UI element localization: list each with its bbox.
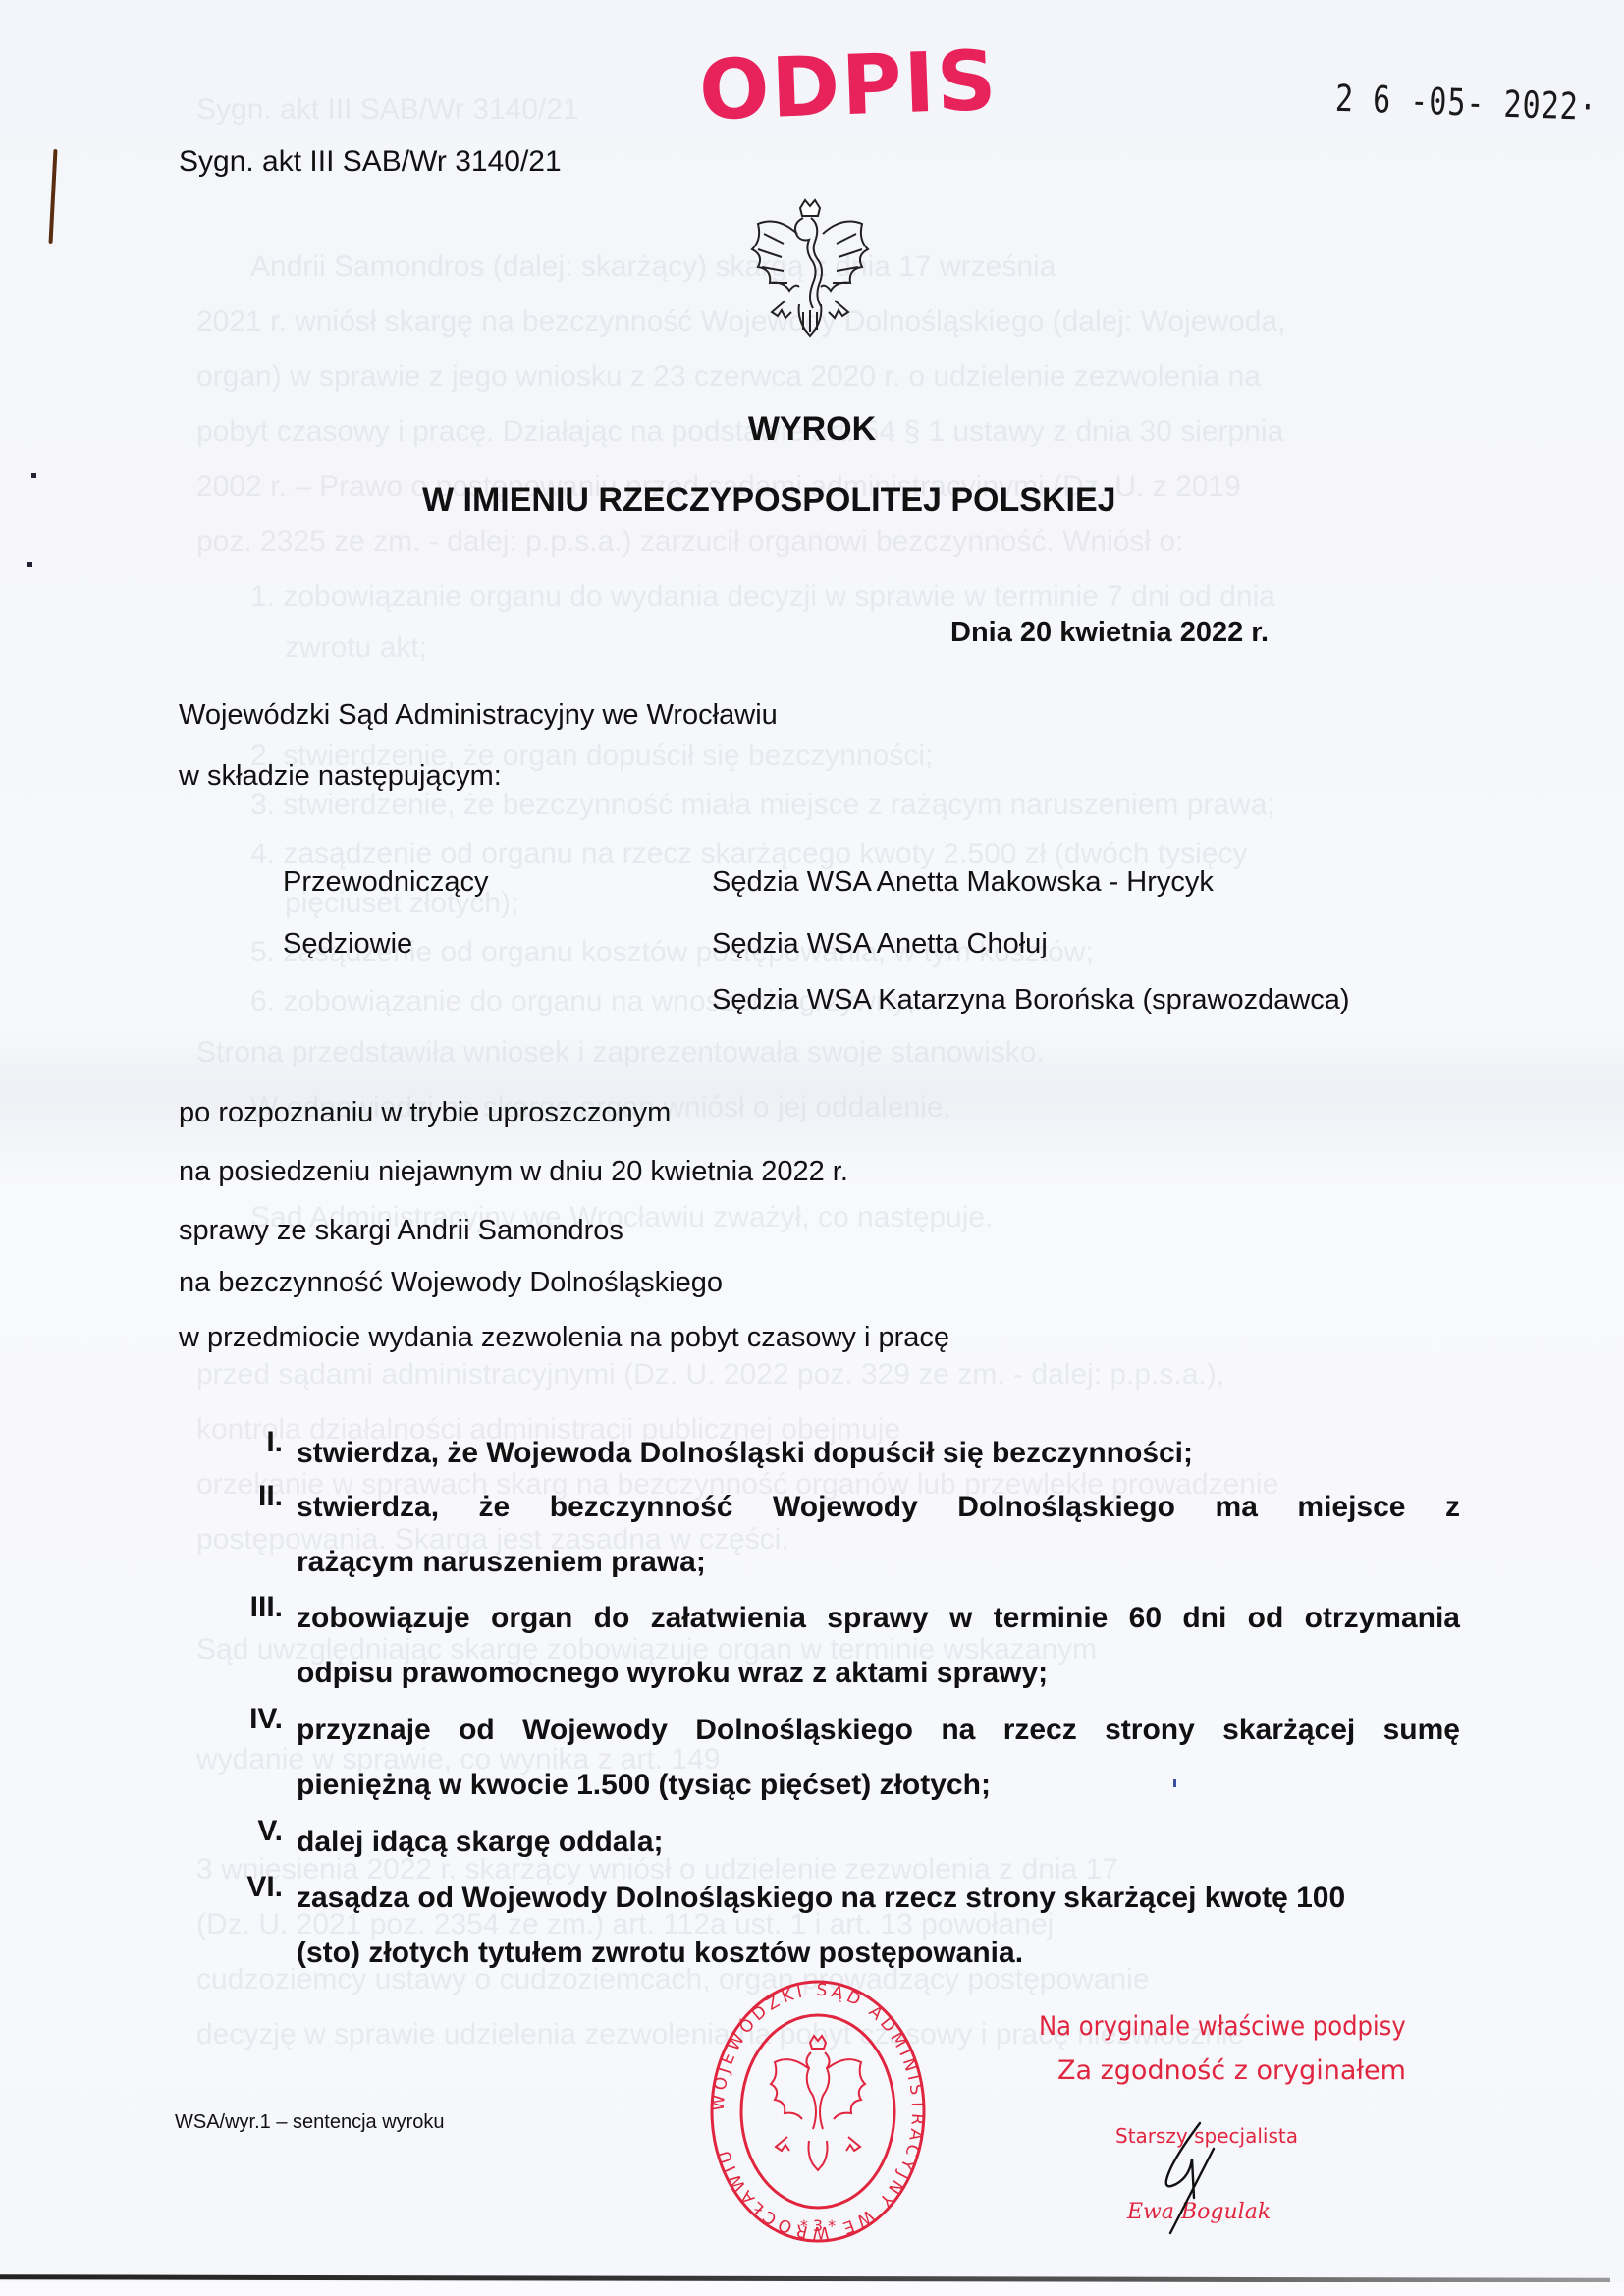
bleed-through-text: zwrotu akt; [285, 629, 427, 668]
verdict-subtitle: W IMIENIU RZECZYPOSPOLITEJ POLSKIEJ [422, 481, 1116, 519]
ruling-text: pieniężną w kwocie 1.500 (tysiąc pięćset… [297, 1758, 1460, 1813]
ruling-text: rażącym naruszeniem prawa; [297, 1535, 1460, 1590]
ruling-number: V. [208, 1815, 283, 1848]
ruling-text: stwierdza, że Wojewoda Dolnośląski dopuś… [297, 1426, 1460, 1481]
bleed-through-text: przed sądami administracyjnymi (Dz. U. 2… [196, 1355, 1224, 1394]
document-page: Sygn. akt III SAB/Wr 3140/21 Andrii Samo… [0, 0, 1624, 2276]
proceedings-line: na bezczynność Wojewody Dolnośląskiego [179, 1267, 723, 1299]
bleed-through-text: poz. 2325 ze zm. - dalej: p.p.s.a.) zarz… [196, 522, 1183, 562]
margin-pen-mark [48, 149, 57, 244]
panel-judge-2: Sędzia WSA Anetta Chołuj [712, 928, 1048, 960]
received-date-stamp: 2 6 -05- 2022· [1334, 78, 1597, 130]
bleed-through-text: 1. zobowiązanie organu do wydania decyzj… [250, 577, 1275, 617]
scanner-background [0, 2282, 1624, 2296]
bleed-through-text: Andrii Samondros (dalej: skarżący) skarg… [250, 247, 1056, 287]
ruling-number: III. [208, 1591, 283, 1624]
composition-intro: w składzie następującym: [179, 760, 502, 793]
panel-judge-rapporteur: Sędzia WSA Katarzyna Borońska (sprawozda… [712, 984, 1350, 1016]
proceedings-line: w przedmiocie wydania zezwolenia na poby… [179, 1322, 949, 1354]
ruling-text: zobowiązuje organ do załatwienia sprawy … [297, 1591, 1460, 1646]
court-name: Wojewódzki Sąd Administracyjny we Wrocła… [179, 699, 778, 732]
certification-line-1: Na oryginale właściwe podpisy [1039, 2011, 1406, 2042]
certification-line-2: Za zgodność z oryginałem [1057, 2055, 1406, 2086]
case-number: Sygn. akt III SAB/Wr 3140/21 [179, 145, 562, 179]
handwritten-signature-icon [1149, 2119, 1237, 2237]
proceedings-line: na posiedzeniu niejawnym w dniu 20 kwiet… [179, 1156, 848, 1188]
ruling-number: I. [208, 1426, 283, 1459]
proceedings-line: po rozpoznaniu w trybie uproszczonym [179, 1097, 671, 1129]
ruling-text: (sto) złotych tytułem zwrotu kosztów pos… [297, 1926, 1460, 1981]
panel-judge-presiding: Sędzia WSA Anetta Makowska - Hrycyk [712, 866, 1214, 899]
bleed-through-text: organ) w sprawie z jego wniosku z 23 cze… [196, 357, 1261, 397]
bleed-through-text: Strona przedstawiła wniosek i zaprezento… [196, 1033, 1045, 1072]
panel-role-judges: Sędziowie [283, 928, 412, 960]
verdict-title: WYROK [0, 410, 1624, 449]
verdict-date: Dnia 20 kwietnia 2022 r. [950, 617, 1269, 649]
scan-speck [31, 473, 36, 478]
ruling-text: zasądza od Wojewody Dolnośląskiego na rz… [297, 1871, 1460, 1926]
ruling-number: II. [208, 1480, 283, 1513]
ruling-number: IV. [208, 1703, 283, 1736]
scan-speck [27, 562, 32, 567]
proceedings-line: sprawy ze skargi Andrii Samondros [179, 1215, 623, 1247]
ruling-text: stwierdza, że bezczynność Wojewody Dolno… [297, 1480, 1460, 1535]
ruling-text: dalej idącą skargę oddala; [297, 1815, 1460, 1870]
copy-stamp: ODPIS [697, 32, 1000, 139]
polish-eagle-emblem-icon [746, 194, 874, 342]
panel-role-presiding: Przewodniczący [283, 866, 489, 899]
court-seal-icon: WOJEWÓDZKI SĄD ADMINISTRACYJNY WE WROCŁA… [705, 1974, 931, 2249]
form-code: WSA/wyr.1 – sentencja wyroku [175, 2111, 445, 2134]
ruling-text: przyznaje od Wojewody Dolnośląskiego na … [297, 1703, 1460, 1758]
seal-number: * 3 * [800, 2216, 836, 2235]
bleed-through-text: 2021 r. wniósł skargę na bezczynność Woj… [196, 302, 1286, 342]
ruling-number: VI. [208, 1871, 283, 1904]
bleed-through-text: Sygn. akt III SAB/Wr 3140/21 [196, 90, 579, 130]
ruling-text: odpisu prawomocnego wyroku wraz z aktami… [297, 1646, 1460, 1701]
